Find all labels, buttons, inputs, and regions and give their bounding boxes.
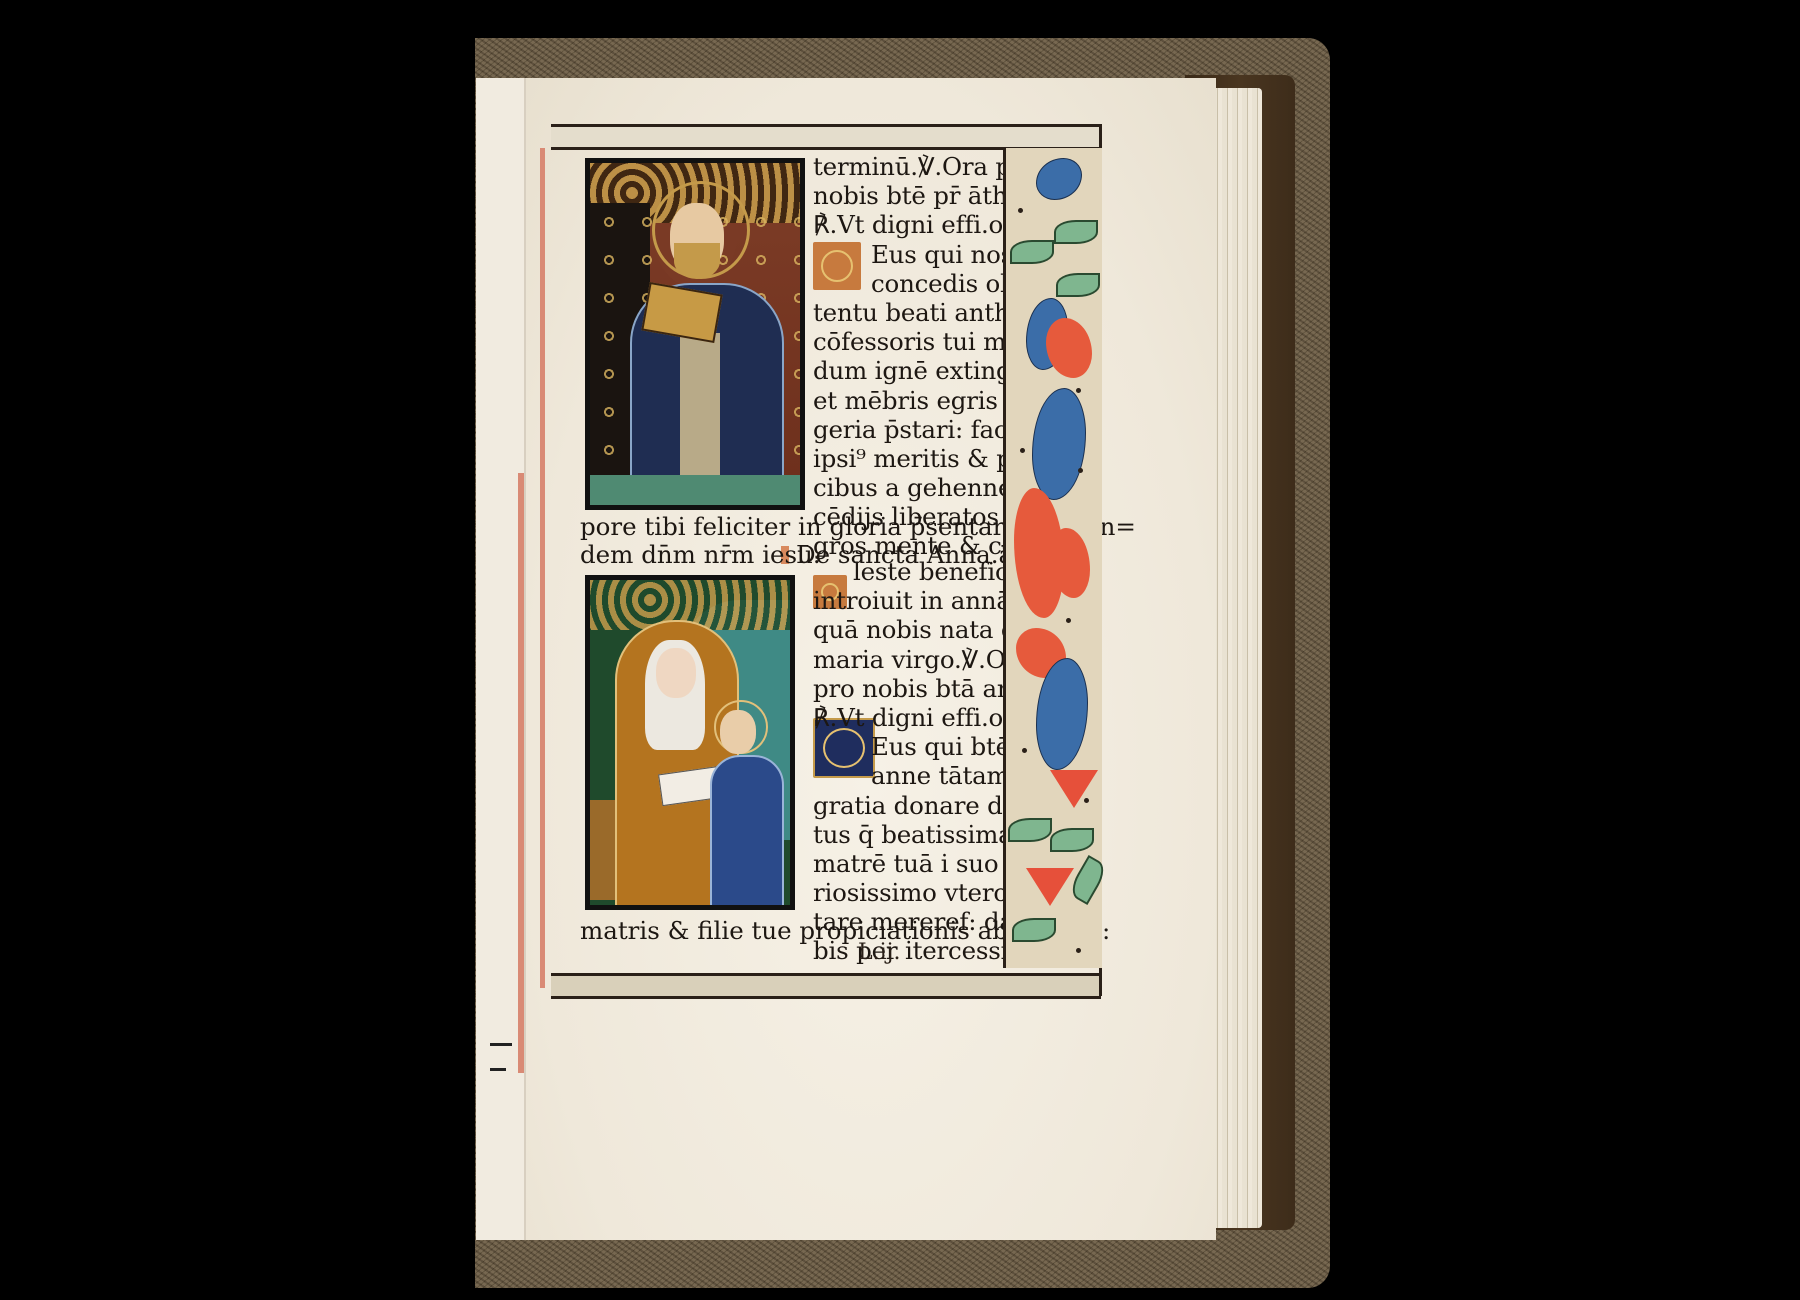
text-column-anthony: terminū.℣.Ora pro nobis btē pr̄ āthoni ℟… [813,152,993,561]
saint-anthony-woodcut [585,158,805,510]
blue-flower-icon [1036,158,1082,200]
text-line: tentu beati anthoni [813,298,993,327]
text-line: introiuit in annā: p [813,586,993,615]
red-flower-icon [1050,770,1098,808]
ink-speck [1076,388,1081,393]
anne-face [656,648,696,698]
frame-top-band [551,124,1101,150]
folio-signature: L.ij. [858,940,900,965]
text-line-closing: dem dn̄m nr̄m iesū. [580,540,780,569]
leaf-icon [1012,918,1056,942]
mary-robe [710,755,784,910]
ink-speck [1022,748,1027,753]
decorated-border [1003,148,1102,968]
page-edges [1212,88,1262,1228]
text-line: terminū.℣.Ora pro [813,152,993,181]
text-line: leste beneficiū [813,557,993,586]
frame-bottom-band [551,973,1101,999]
leaf-icon [1010,240,1054,264]
text-line: nobis btē pr̄ āthoni [813,181,993,210]
ink-speck [1076,948,1081,953]
text-line: tus q̄ beatissimam [813,820,993,849]
text-line: matrē tuā i suo glo= [813,849,993,878]
text-line: dum ignē extingui [813,356,993,385]
text-line-full: pore tibi feliciter in gloria p̄sentari.… [580,512,1000,541]
text-line: quā nobis nata est [813,615,993,644]
text-line: riosissimo vtero por [813,878,993,907]
ground [590,475,800,505]
leaf-icon [1054,220,1098,244]
text-line-full: matris & filie tue propiciationis abundā… [580,916,1000,945]
mary-head [720,710,756,754]
rubric-line-left [518,473,524,1073]
text-line: cōfessoris tui morbi [813,327,993,356]
text-line: et mēbris egris refri [813,386,993,415]
ink-mark [490,1043,512,1046]
red-flower-icon [1026,868,1074,906]
leaf-icon [1056,273,1100,297]
ink-speck [1066,618,1071,623]
text-line: ℟.Vt digni effi.oro [813,703,993,732]
text-line: Eus qui btē [813,732,993,761]
text-line: pro nobis btā anna. [813,674,993,703]
ink-mark [490,1068,506,1071]
text-line: maria virgo.℣.Ora [813,645,993,674]
facing-page-edge [476,78,526,1240]
leaf-icon [1050,828,1094,852]
ink-speck [1020,448,1025,453]
saint-anne-woodcut [585,575,795,910]
text-line: ℟.Vt digni effi.oro [813,210,993,239]
red-acanthus-icon [1046,318,1092,378]
ink-speck [1018,208,1023,213]
text-line: gratia donare digna [813,791,993,820]
blue-acanthus-icon [1032,388,1086,500]
text-line: concedis ob [813,269,993,298]
rubric-ruling [540,148,545,988]
text-line: ipsi⁹ meritis & pre= [813,444,993,473]
leaf-icon [1008,818,1052,842]
ink-speck [1078,468,1083,473]
text-line: Eus qui nos [813,240,993,269]
beard [674,243,720,279]
text-line: cibus a gehenne in= [813,473,993,502]
text-column-anne: leste beneficiū introiuit in annā: p quā… [813,557,993,966]
text-line: anne tātam [813,761,993,790]
ink-speck [1084,798,1089,803]
text-line: geria p̄stari: fac nos [813,415,993,444]
